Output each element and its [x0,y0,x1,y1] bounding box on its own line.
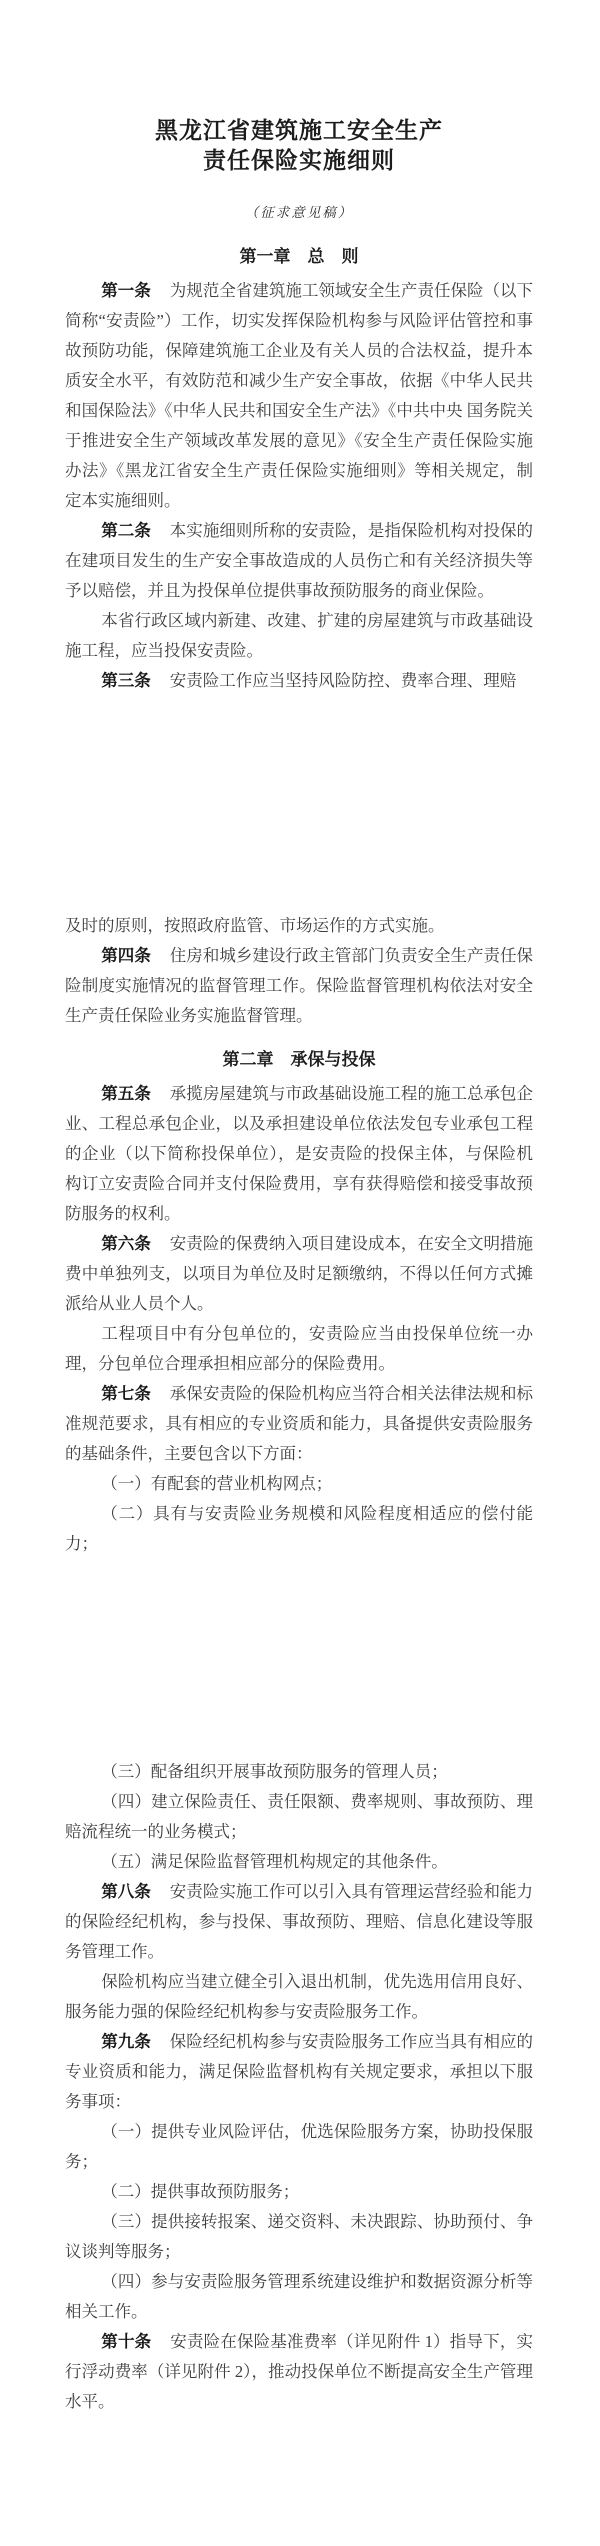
article-paragraph: 第九条保险经纪机构参与安责险服务工作应当具有相应的专业资质和能力，满足保险监督机… [65,2027,533,2117]
article-number: 第十条 [101,2332,151,2351]
article-number: 第二条 [101,521,151,540]
article-paragraph: 第四条住房和城乡建设行政主管部门负责安全生产责任保险制度实施情况的监督管理工作。… [65,941,533,1031]
page-break-gap [65,1559,533,1757]
paragraph: （一）有配套的营业机构网点； [65,1469,533,1499]
paragraph: 保险机构应当建立健全引入退出机制，优先选用信用良好、服务能力强的保险经纪机构参与… [65,1967,533,2027]
document-body: 第一章 总 则第一条为规范全省建筑施工领域安全生产责任保险（以下简称“安责险”）… [65,242,533,2417]
article-paragraph: 第三条安责险工作应当坚持风险防控、费率合理、理赔 [65,666,533,696]
paragraph: （三）提供接转报案、递交资料、未决跟踪、协助预付、争议谈判等服务； [65,2207,533,2267]
paragraph: （二）具有与安责险业务规模和风险程度相适应的偿付能力； [65,1499,533,1559]
article-paragraph: 第一条为规范全省建筑施工领域安全生产责任保险（以下简称“安责险”）工作，切实发挥… [65,276,533,516]
article-number: 第八条 [101,1882,151,1901]
article-number: 第七条 [101,1384,151,1403]
document-title-line2: 责任保险实施细则 [203,147,395,173]
article-paragraph: 第二条本实施细则所称的安责险，是指保险机构对投保的在建项目发生的生产安全事故造成… [65,516,533,606]
page-break-gap [65,696,533,911]
paragraph: （四）建立保险责任、责任限额、费率规则、事故预防、理赔流程统一的业务模式； [65,1787,533,1847]
article-number: 第三条 [101,671,151,690]
article-number: 第五条 [101,1084,151,1103]
document-page: 黑龙江省建筑施工安全生产责任保险实施细则 （征求意见稿） 第一章 总 则第一条为… [0,0,600,2546]
paragraph: （三）配备组织开展事故预防服务的管理人员； [65,1757,533,1787]
paragraph: （一）提供专业风险评估，优选保险服务方案，协助投保服务； [65,2117,533,2177]
document-title: 黑龙江省建筑施工安全生产责任保险实施细则 [65,115,533,175]
article-number: 第九条 [101,2032,151,2051]
paragraph: （二）提供事故预防服务； [65,2177,533,2207]
chapter-heading: 第一章 总 则 [65,242,533,272]
draft-note: （征求意见稿） [65,198,533,228]
paragraph: 本省行政区域内新建、改建、扩建的房屋建筑与市政基础设施工程，应当投保安责险。 [65,606,533,666]
article-paragraph: 第十条安责险在保险基准费率（详见附件 1）指导下，实行浮动费率（详见附件 2），… [65,2327,533,2417]
paragraph: （五）满足保险监督管理机构规定的其他条件。 [65,1847,533,1877]
document-title-line1: 黑龙江省建筑施工安全生产 [155,117,443,143]
paragraph: 工程项目中有分包单位的，安责险应当由投保单位统一办理，分包单位合理承担相应部分的… [65,1319,533,1379]
article-paragraph: 第八条安责险实施工作可以引入具有管理运营经验和能力的保险经纪机构，参与投保、事故… [65,1877,533,1967]
article-paragraph: 第六条安责险的保费纳入项目建设成本，在安全文明措施费中单独列支，以项目为单位及时… [65,1229,533,1319]
chapter-heading: 第二章 承保与投保 [65,1045,533,1075]
article-number: 第四条 [101,946,151,965]
article-paragraph: 第五条承揽房屋建筑与市政基础设施工程的施工总承包企业、工程总承包企业，以及承担建… [65,1079,533,1229]
article-paragraph: 第七条承保安责险的保险机构应当符合相关法律法规和标准规范要求，具有相应的专业资质… [65,1379,533,1469]
paragraph: 及时的原则，按照政府监管、市场运作的方式实施。 [65,911,533,941]
article-number: 第六条 [101,1234,151,1253]
article-number: 第一条 [101,281,151,300]
paragraph: （四）参与安责险服务管理系统建设维护和数据资源分析等相关工作。 [65,2267,533,2327]
